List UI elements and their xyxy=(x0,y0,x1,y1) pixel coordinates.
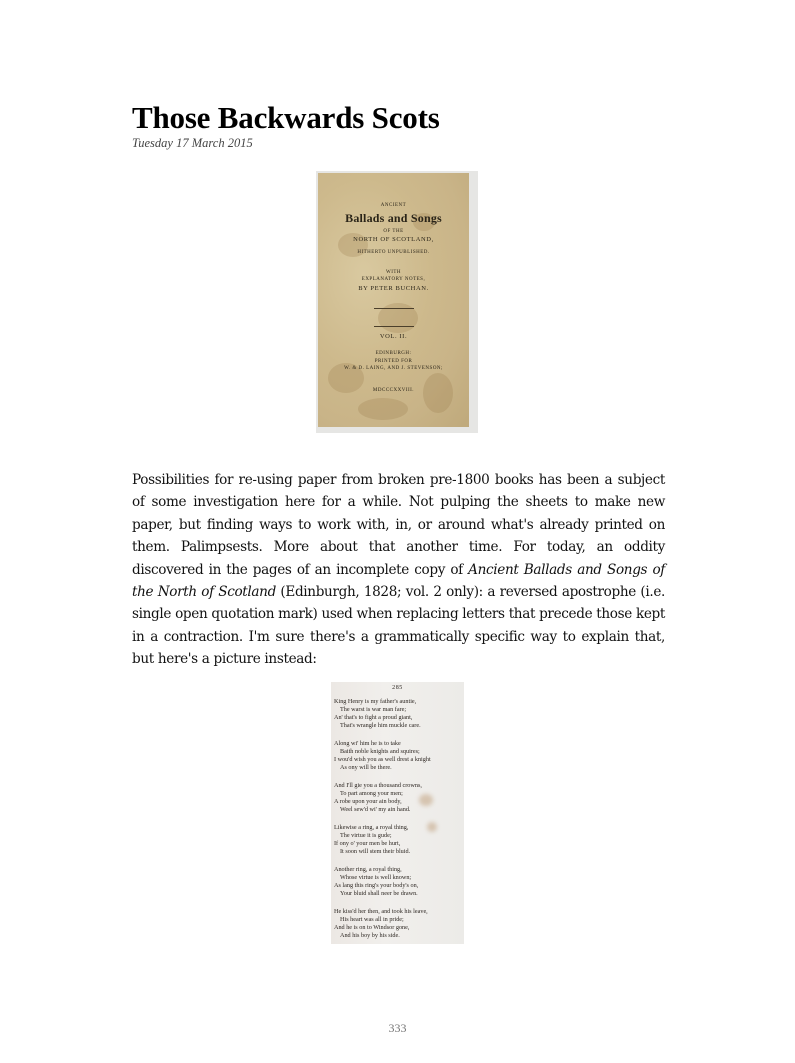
cover-rule xyxy=(374,308,414,309)
cover-line: W. & D. LAING, AND J. STEVENSON; xyxy=(318,366,469,371)
cover-line: EDINBURGH: xyxy=(318,351,469,356)
verse-line: Another ring, a royal thing, xyxy=(334,866,402,873)
verse-line: The warst is war man fare; xyxy=(340,706,406,713)
verse-line: As lang this ring's your body's on, xyxy=(334,882,418,889)
cover-line: MDCCCXXVIII. xyxy=(318,388,469,393)
verse-line: I wou'd wish you as well drest a knight xyxy=(334,756,431,763)
verse-line: Baith noble knights and squires; xyxy=(340,748,420,755)
cover-line: WITH xyxy=(318,270,469,275)
page-title: Those Backwards Scots xyxy=(132,100,440,136)
verse-line: The virtue it is gude; xyxy=(340,832,392,839)
article-paragraph: Possibilities for re-using paper from br… xyxy=(132,469,665,671)
cover-line: VOL. II. xyxy=(318,333,469,340)
cover-line: PRINTED FOR xyxy=(318,359,469,364)
cover-line: NORTH OF SCOTLAND, xyxy=(318,236,469,243)
verse-line: An' that's to fight a proud giant, xyxy=(334,714,412,721)
verse-line: As ony will be there. xyxy=(340,764,392,771)
cover-line: OF THE xyxy=(318,229,469,234)
cover-rule xyxy=(374,326,414,327)
title-page-paper: ANCIENT Ballads and Songs OF THE NORTH O… xyxy=(318,173,469,427)
verse-line: If ony o' your men be hurt, xyxy=(334,840,400,847)
cover-line: Ballads and Songs xyxy=(318,211,469,226)
verse-line: It soon will stem their bluid. xyxy=(340,848,410,855)
verse-line: Weel sew'd wi' my ain hand. xyxy=(340,806,410,813)
verse-line: He kiss'd her then, and took his leave, xyxy=(334,908,428,915)
ballad-page: 285 King Henry is my father's auntie, Th… xyxy=(331,682,464,944)
verse-line: That's wrangle him muckle care. xyxy=(340,722,421,729)
verse-line: His heart was all in pride; xyxy=(340,916,404,923)
ballad-page-number: 285 xyxy=(331,685,464,691)
verse-line: Your bluid shall neer be drawn. xyxy=(340,890,418,897)
cover-line: ANCIENT xyxy=(318,203,469,208)
verse-line: And he is on to Windsor gone, xyxy=(334,924,409,931)
verse-line: Likewise a ring, a royal thing, xyxy=(334,824,408,831)
verse-line: A robe upon your ain body, xyxy=(334,798,402,805)
verse-line: Whose virtue is well known; xyxy=(340,874,411,881)
verse-line: And his boy by his side. xyxy=(340,932,400,939)
post-date: Tuesday 17 March 2015 xyxy=(132,135,253,151)
cover-line: EXPLANATORY NOTES, xyxy=(318,277,469,282)
cover-line: BY PETER BUCHAN. xyxy=(318,285,469,292)
verse-line: To part among your men; xyxy=(340,790,403,797)
cover-line: HITHERTO UNPUBLISHED. xyxy=(318,250,469,255)
book-title-page-image: ANCIENT Ballads and Songs OF THE NORTH O… xyxy=(316,171,478,433)
page-number: 333 xyxy=(0,1021,795,1036)
verse-line: And I'll gie you a thousand crowns, xyxy=(334,782,422,789)
ballad-page-image: 285 King Henry is my father's auntie, Th… xyxy=(331,682,464,944)
verse-line: Along wi' him he is to take xyxy=(334,740,401,747)
verse-line: King Henry is my father's auntie, xyxy=(334,698,416,705)
